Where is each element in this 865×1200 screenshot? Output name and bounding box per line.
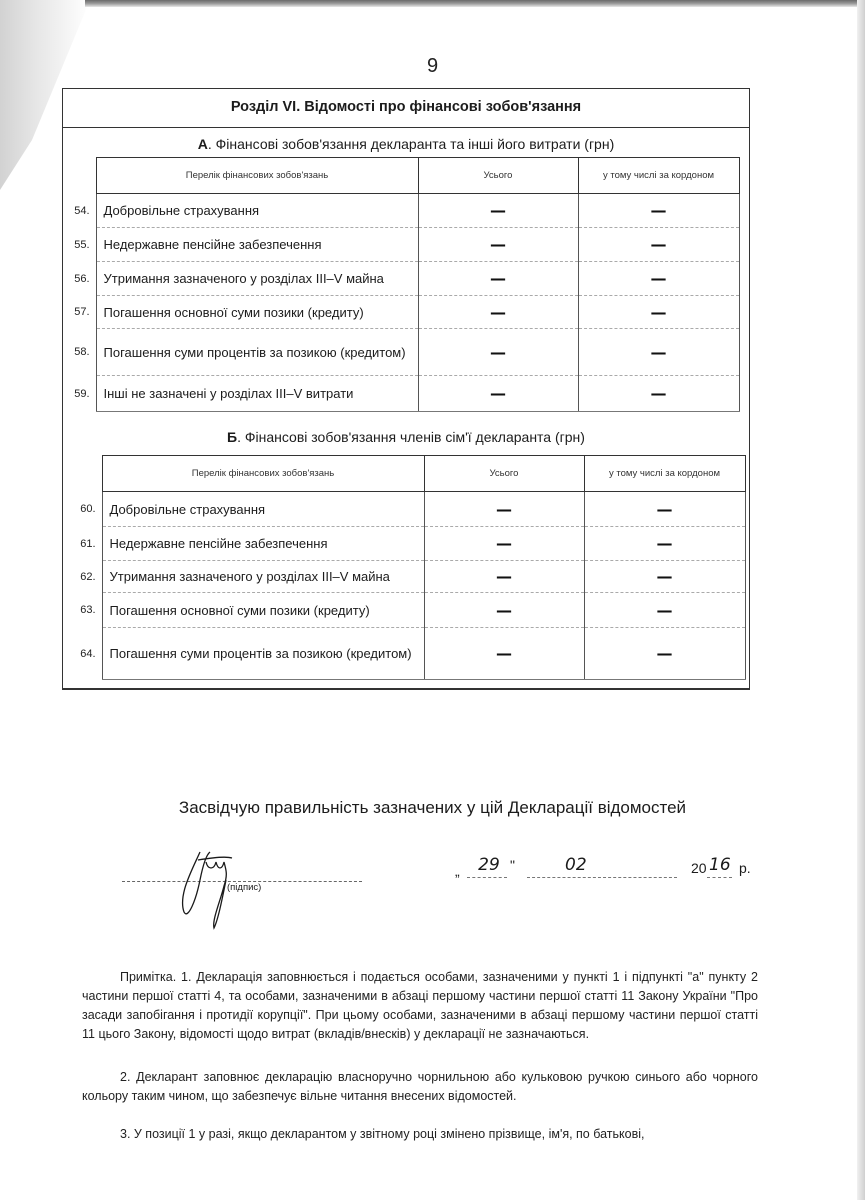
table-header: Перелік фінансових зобов'язань Усього у … — [69, 456, 745, 492]
scan-edge-top — [85, 0, 865, 7]
row-number: 64. — [69, 628, 102, 680]
row-number: 61. — [69, 527, 102, 561]
part-b-title: Б. Фінансові зобов'язання членів сім'ї д… — [63, 429, 749, 445]
table-row: 54. Добровільне страхування — — — [63, 194, 739, 228]
table-row: 62. Утримання зазначеного у розділах III… — [69, 561, 745, 593]
row-number: 63. — [69, 593, 102, 628]
total-value: — — [418, 228, 578, 262]
abroad-value: — — [578, 194, 739, 228]
row-number: 54. — [63, 194, 96, 228]
date-open-quote: „ — [455, 863, 460, 879]
note-1-text: Примітка. 1. Декларація заповнюється і п… — [82, 970, 758, 1041]
note-2: 2. Декларант заповнює декларацію власнор… — [82, 1068, 758, 1106]
total-value: — — [424, 561, 584, 593]
row-number: 55. — [63, 228, 96, 262]
abroad-value: — — [584, 527, 745, 561]
abroad-value: — — [584, 593, 745, 628]
section-title: Розділ VI. Відомості про фінансові зобов… — [63, 89, 749, 128]
date-year-mark: р. — [739, 860, 751, 876]
row-number: 60. — [69, 492, 102, 527]
row-number: 57. — [63, 296, 96, 329]
scan-edge-right — [857, 0, 865, 1200]
year-underline — [707, 877, 732, 878]
note-2-text: 2. Декларант заповнює декларацію власнор… — [82, 1070, 758, 1103]
column-header-list: Перелік фінансових зобов'язань — [96, 158, 418, 194]
table-row: 63. Погашення основної суми позики (кред… — [69, 593, 745, 628]
abroad-value: — — [578, 228, 739, 262]
part-a-table: Перелік фінансових зобов'язань Усього у … — [63, 157, 740, 412]
total-value: — — [418, 296, 578, 329]
column-header-total: Усього — [424, 456, 584, 492]
month-underline — [527, 877, 677, 878]
row-label: Погашення суми процентів за позикою (кре… — [102, 628, 424, 680]
column-header-list: Перелік фінансових зобов'язань — [102, 456, 424, 492]
abroad-value: — — [584, 561, 745, 593]
row-label: Погашення основної суми позики (кредиту) — [102, 593, 424, 628]
abroad-value: — — [584, 492, 745, 527]
note-3: 3. У позиції 1 у разі, якщо декларантом … — [82, 1125, 758, 1144]
row-number: 56. — [63, 262, 96, 296]
date-year-suffix: 16 — [709, 855, 731, 875]
part-a-title: А. Фінансові зобов'язання декларанта та … — [63, 136, 749, 152]
abroad-value: — — [578, 376, 739, 412]
abroad-value: — — [578, 296, 739, 329]
column-header-abroad: у тому числі за кордоном — [578, 158, 739, 194]
column-header-total: Усього — [418, 158, 578, 194]
total-value: — — [418, 376, 578, 412]
total-value: — — [424, 527, 584, 561]
part-b-table: Перелік фінансових зобов'язань Усього у … — [69, 455, 746, 680]
table-row: 58. Погашення суми процентів за позикою … — [63, 329, 739, 376]
total-value: — — [424, 593, 584, 628]
row-number: 62. — [69, 561, 102, 593]
date-day: 29 — [472, 855, 506, 875]
total-value: — — [418, 262, 578, 296]
signature-caption: (підпис) — [227, 882, 261, 893]
total-value: — — [418, 329, 578, 376]
row-number: 59. — [63, 376, 96, 412]
table-row: 57. Погашення основної суми позики (кред… — [63, 296, 739, 329]
section-vi-box: Розділ VI. Відомості про фінансові зобов… — [62, 88, 750, 690]
row-number: 58. — [63, 329, 96, 376]
abroad-value: — — [578, 262, 739, 296]
date-month: 02 — [565, 855, 587, 875]
row-label: Погашення суми процентів за позикою (кре… — [96, 329, 418, 376]
part-a-title-text: . Фінансові зобов'язання декларанта та і… — [208, 136, 614, 152]
table-header: Перелік фінансових зобов'язань Усього у … — [63, 158, 739, 194]
abroad-value: — — [578, 329, 739, 376]
part-a-letter: А — [198, 136, 208, 152]
day-underline — [467, 877, 507, 878]
page-number: 9 — [0, 55, 865, 78]
row-label: Утримання зазначеного у розділах III–V м… — [96, 262, 418, 296]
table-row: 60. Добровільне страхування — — — [69, 492, 745, 527]
note-3-text: 3. У позиції 1 у разі, якщо декларантом … — [120, 1127, 644, 1141]
row-label: Недержавне пенсійне забезпечення — [102, 527, 424, 561]
part-b-title-text: . Фінансові зобов'язання членів сім'ї де… — [237, 429, 585, 445]
row-label: Інші не зазначені у розділах III–V витра… — [96, 376, 418, 412]
date-close-quote: " — [510, 857, 515, 873]
table-row: 56. Утримання зазначеного у розділах III… — [63, 262, 739, 296]
row-label: Погашення основної суми позики (кредиту) — [96, 296, 418, 329]
table-row: 55. Недержавне пенсійне забезпечення — — — [63, 228, 739, 262]
row-label: Добровільне страхування — [96, 194, 418, 228]
row-label: Утримання зазначеного у розділах III–V м… — [102, 561, 424, 593]
total-value: — — [418, 194, 578, 228]
table-row: 59. Інші не зазначені у розділах III–V в… — [63, 376, 739, 412]
column-header-abroad: у тому числі за кордоном — [584, 456, 745, 492]
part-b-letter: Б — [227, 429, 237, 445]
certification-text: Засвідчую правильність зазначених у цій … — [0, 798, 865, 818]
date-field: „ 29 " 02 20 16 р. — [455, 855, 765, 885]
note-1: Примітка. 1. Декларація заповнюється і п… — [82, 968, 758, 1044]
table-row: 61. Недержавне пенсійне забезпечення — — — [69, 527, 745, 561]
row-label: Недержавне пенсійне забезпечення — [96, 228, 418, 262]
total-value: — — [424, 492, 584, 527]
row-label: Добровільне страхування — [102, 492, 424, 527]
abroad-value: — — [584, 628, 745, 680]
date-year-prefix: 20 — [691, 860, 707, 876]
table-row: 64. Погашення суми процентів за позикою … — [69, 628, 745, 680]
total-value: — — [424, 628, 584, 680]
